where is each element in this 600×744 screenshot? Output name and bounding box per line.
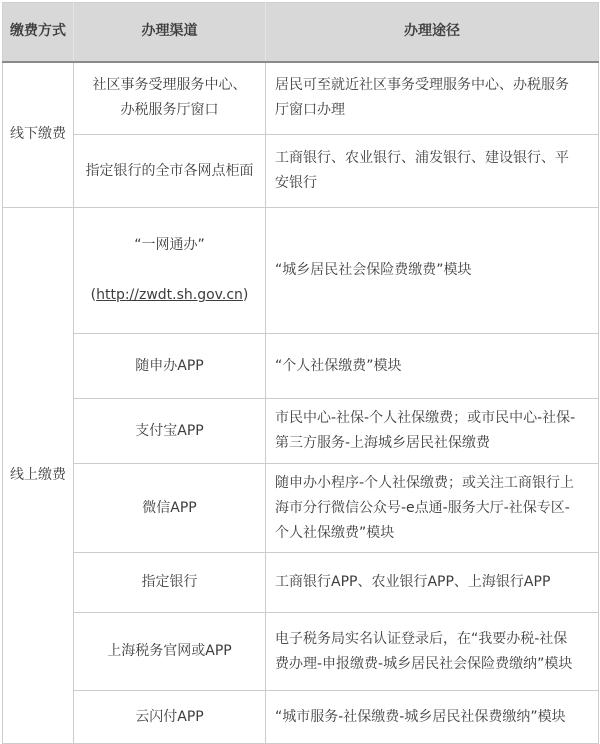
page-root: 缴费方式 办理渠道 办理途径 线下缴费 社区事务受理服务中心、 办税服务厅窗口 … (0, 0, 600, 706)
method-offline-cell: 线下缴费 (3, 62, 74, 208)
yiwangtongban-name: “一网通办” (80, 233, 259, 258)
path-bank-counter: 工商银行、农业银行、浦发银行、建设银行、平 安银行 (266, 135, 599, 208)
header-channel: 办理渠道 (74, 3, 266, 62)
path-wechat-app: 随申办小程序-个人社保缴费；或关注工商银行上 海市分行微信公众号-e点通-服务大… (266, 464, 599, 553)
path-tax-website: 电子税务局实名认证登录后，在“我要办税-社保 费办理-申报缴费-城乡居民社会保险… (266, 613, 599, 691)
row-suishenban-app: 随申办APP “个人社保缴费”模块 (3, 334, 599, 399)
row-designated-banks: 指定银行 工商银行APP、农业银行APP、上海银行APP (3, 553, 599, 613)
row-wechat-app: 微信APP 随申办小程序-个人社保缴费；或关注工商银行上 海市分行微信公众号-e… (3, 464, 599, 553)
header-payment-method: 缴费方式 (3, 3, 74, 62)
header-path: 办理途径 (266, 3, 599, 62)
path-designated-banks: 工商银行APP、农业银行APP、上海银行APP (266, 553, 599, 613)
channel-designated-banks: 指定银行 (74, 553, 266, 613)
channel-alipay-app: 支付宝APP (74, 399, 266, 464)
row-alipay-app: 支付宝APP 市民中心-社保-个人社保缴费；或市民中心-社保- 第三方服务-上海… (3, 399, 599, 464)
channel-community-center: 社区事务受理服务中心、 办税服务厅窗口 (74, 62, 266, 135)
social-security-payment-table: 缴费方式 办理渠道 办理途径 线下缴费 社区事务受理服务中心、 办税服务厅窗口 … (2, 2, 599, 744)
channel-suishenban-app: 随申办APP (74, 334, 266, 399)
path-yiwangtongban: “城乡居民社会保险费缴费”模块 (266, 208, 599, 334)
channel-tax-website: 上海税务官网或APP (74, 613, 266, 691)
row-community-center: 线下缴费 社区事务受理服务中心、 办税服务厅窗口 居民可至就近社区事务受理服务中… (3, 62, 599, 135)
channel-wechat-app: 微信APP (74, 464, 266, 553)
path-unionpay-app: “城市服务-社保缴费-城乡居民社保费缴纳”模块 (266, 691, 599, 744)
row-tax-website: 上海税务官网或APP 电子税务局实名认证登录后，在“我要办税-社保 费办理-申报… (3, 613, 599, 691)
yiwangtongban-url-line: (http://zwdt.sh.gov.cn) (80, 283, 259, 308)
path-alipay-app: 市民中心-社保-个人社保缴费；或市民中心-社保- 第三方服务-上海城乡居民社保缴… (266, 399, 599, 464)
channel-yiwangtongban: “一网通办” (http://zwdt.sh.gov.cn) (74, 208, 266, 334)
method-online-cell: 线上缴费 (3, 208, 74, 744)
url-close-paren: ) (243, 287, 248, 303)
path-community-center: 居民可至就近社区事务受理服务中心、办税服务 厅窗口办理 (266, 62, 599, 135)
row-yiwangtongban: 线上缴费 “一网通办” (http://zwdt.sh.gov.cn) “城乡居… (3, 208, 599, 334)
channel-unionpay-app: 云闪付APP (74, 691, 266, 744)
row-bank-counter: 指定银行的全市各网点柜面 工商银行、农业银行、浦发银行、建设银行、平 安银行 (3, 135, 599, 208)
row-unionpay-app: 云闪付APP “城市服务-社保缴费-城乡居民社保费缴纳”模块 (3, 691, 599, 744)
path-suishenban-app: “个人社保缴费”模块 (266, 334, 599, 399)
yiwangtongban-link[interactable]: http://zwdt.sh.gov.cn (96, 287, 243, 303)
header-row: 缴费方式 办理渠道 办理途径 (3, 3, 599, 62)
channel-bank-counter: 指定银行的全市各网点柜面 (74, 135, 266, 208)
